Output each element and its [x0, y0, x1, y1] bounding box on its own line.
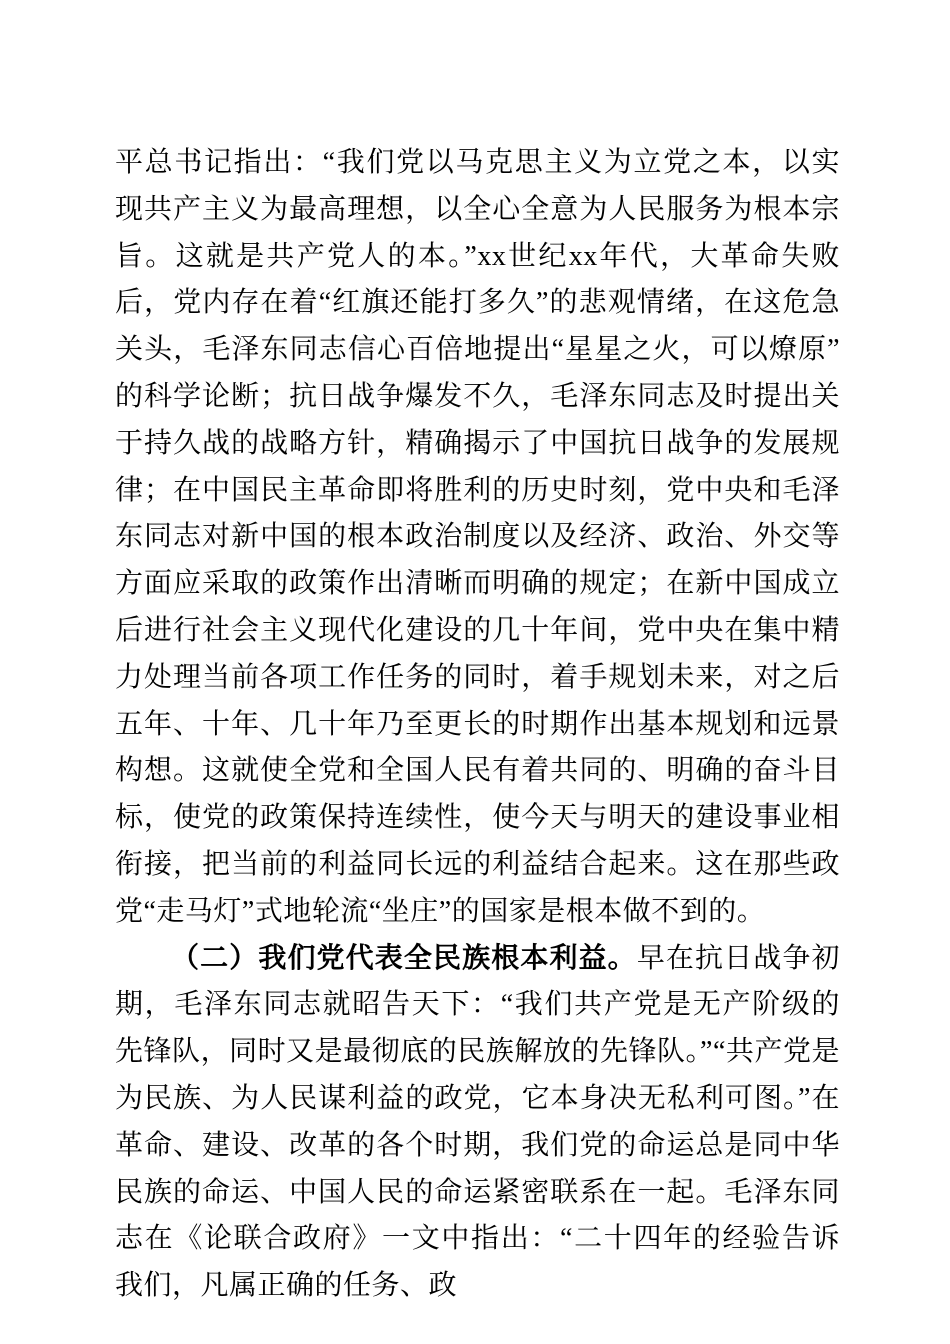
paragraph-section-two: （二）我们党代表全民族根本利益。早在抗日战争初期，毛泽东同志就昭告天下：“我们共…	[115, 936, 840, 1310]
section-heading: （二）我们党代表全民族根本利益。	[171, 943, 637, 974]
document-body: 平总书记指出：“我们党以马克思主义为立党之本，以实现共产主义为最高理想，以全心全…	[115, 140, 840, 1310]
body-text: 早在抗日战争初期，毛泽东同志就昭告天下：“我们共产党是无产阶级的先锋队，同时又是…	[115, 943, 840, 1302]
paragraph-continuation: 平总书记指出：“我们党以马克思主义为立党之本，以实现共产主义为最高理想，以全心全…	[115, 140, 840, 936]
document-page: 平总书记指出：“我们党以马克思主义为立党之本，以实现共产主义为最高理想，以全心全…	[0, 0, 950, 1344]
body-text: 平总书记指出：“我们党以马克思主义为立党之本，以实现共产主义为最高理想，以全心全…	[115, 147, 840, 927]
